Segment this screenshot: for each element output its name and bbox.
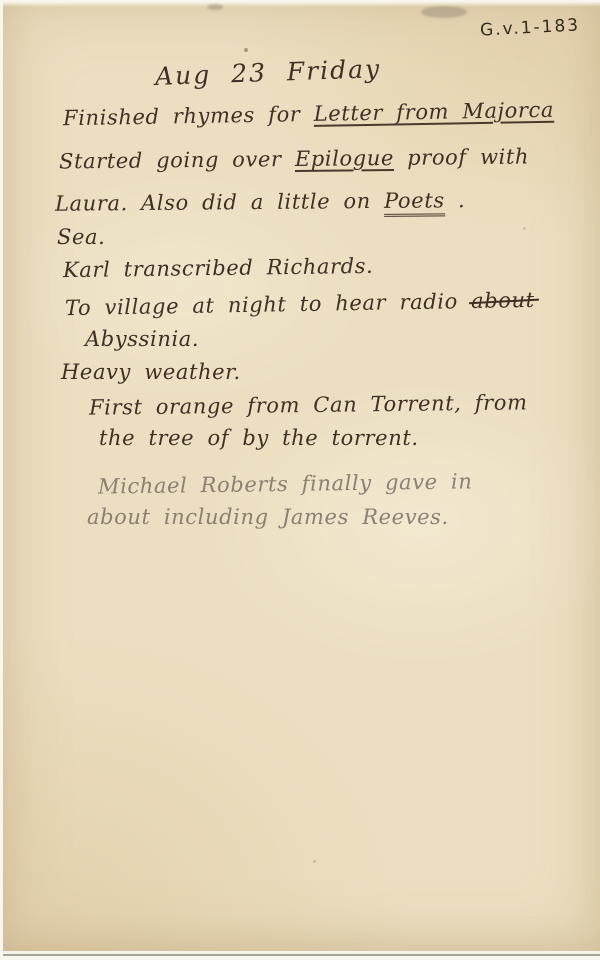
text-segment: Laura. Also did a little on [55, 189, 384, 216]
handwritten-line: To village at night to hear radio about [65, 288, 535, 320]
text-segment: Abyssinia. [85, 327, 199, 351]
text-segment: To village at night to hear radio [65, 289, 471, 320]
manuscript-page: G.v.1-183 Aug 23 Friday Finished rhymes … [3, 2, 600, 951]
handwritten-line: Abyssinia. [85, 327, 199, 351]
handwritten-line: Laura. Also did a little on Poets . [55, 188, 465, 216]
underlined-title-poets: Poets [384, 188, 445, 217]
pencil-smudge [421, 6, 467, 18]
handwritten-line-pencil: Michael Roberts finally gave in [98, 469, 473, 498]
text-segment: Sea. [57, 225, 105, 249]
text-segment: First orange from Can Torrent, from [89, 390, 528, 419]
handwritten-line: Sea. [57, 225, 105, 249]
age-spot [313, 860, 316, 863]
handwritten-line: the tree of by the torrent. [99, 426, 419, 450]
handwritten-line: Started going over Epilogue proof with [59, 145, 529, 174]
handwritten-line: First orange from Can Torrent, from [89, 390, 528, 419]
underlined-title-epilogue: Epilogue [295, 146, 394, 171]
handwritten-line-pencil: about including James Reeves. [87, 505, 449, 529]
underlined-title-letter-from-majorca: Letter from Majorca [314, 98, 555, 126]
age-spot [523, 227, 526, 230]
text-segment: about including James Reeves. [87, 505, 449, 529]
handwritten-line: Karl transcribed Richards. [63, 254, 374, 282]
pencil-smudge [207, 4, 223, 10]
struck-word-about: about [471, 288, 535, 313]
paper-top-edge [3, 2, 600, 7]
text-segment: Finished rhymes for [63, 102, 314, 130]
text-segment: Michael Roberts finally gave in [98, 469, 473, 498]
handwritten-line: Heavy weather. [61, 360, 241, 384]
text-segment: the tree of by the torrent. [99, 426, 419, 450]
text-segment: . [445, 188, 466, 212]
archive-reference-number: G.v.1-183 [479, 15, 580, 40]
text-segment: Karl transcribed Richards. [63, 254, 374, 282]
handwritten-line: Finished rhymes for Letter from Majorca [63, 98, 554, 131]
text-segment: Started going over [59, 147, 295, 173]
date-heading: Aug 23 Friday [155, 54, 382, 91]
age-spot [244, 48, 248, 52]
text-segment: proof with [394, 145, 529, 170]
text-segment: Heavy weather. [61, 360, 241, 384]
